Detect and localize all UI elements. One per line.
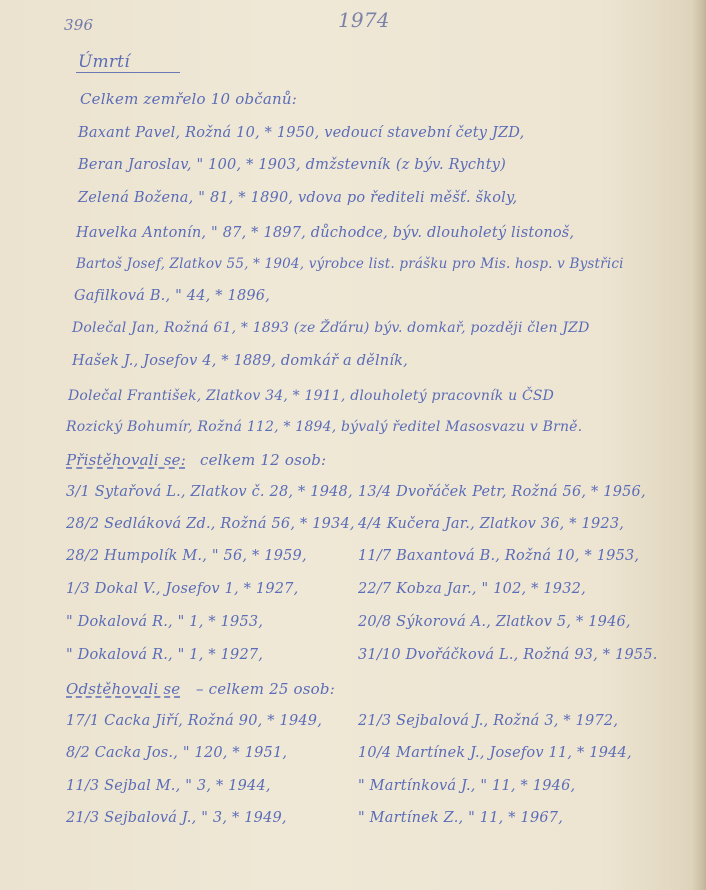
immigrated-entry: " Dokalová R., " 1, * 1927,: [66, 647, 263, 663]
immigrated-entry: 31/10 Dvořáčková L., Rožná 93, * 1955.: [358, 647, 658, 663]
page-number: 396: [64, 16, 93, 34]
immigrated-entry: 3/1 Sytařová L., Zlatkov č. 28, * 1948,: [66, 484, 353, 500]
emigrated-total: – celkem 25 osob:: [196, 680, 335, 698]
year-heading: 1974: [338, 8, 390, 32]
death-entry: Dolečal Jan, Rožná 61, * 1893 (ze Žďáru)…: [72, 320, 590, 336]
deaths-heading: Úmrtí: [78, 52, 130, 72]
emigrated-entry: 21/3 Sejbalová J., " 3, * 1949,: [66, 810, 287, 826]
immigrated-heading: Přistěhovali se:: [66, 451, 186, 469]
immigrated-entry: 13/4 Dvořáček Petr, Rožná 56, * 1956,: [358, 484, 646, 500]
death-entry: Havelka Antonín, " 87, * 1897, důchodce,…: [76, 225, 574, 241]
emigrated-entry: 17/1 Cacka Jiří, Rožná 90, * 1949,: [66, 713, 322, 729]
emigrated-entry: 21/3 Sejbalová J., Rožná 3, * 1972,: [358, 713, 618, 729]
immigrated-entry: 1/3 Dokal V., Josefov 1, * 1927,: [66, 581, 298, 597]
death-entry: Gafilková B., " 44, * 1896,: [74, 288, 270, 304]
death-entry: Baxant Pavel, Rožná 10, * 1950, vedoucí …: [78, 125, 524, 141]
emigrated-heading: Odstěhovali se: [66, 680, 180, 698]
death-entry: Zelená Božena, " 81, * 1890, vdova po ře…: [78, 190, 517, 206]
chronicle-page: 396 1974 Úmrtí Celkem zemřelo 10 občanů:…: [0, 0, 706, 890]
emigrated-entry: 11/3 Sejbal M., " 3, * 1944,: [66, 778, 271, 794]
immigrated-entry: 4/4 Kučera Jar., Zlatkov 36, * 1923,: [358, 516, 624, 532]
emigrated-entry: 8/2 Cacka Jos., " 120, * 1951,: [66, 745, 287, 761]
immigrated-entry: " Dokalová R., " 1, * 1953,: [66, 614, 263, 630]
immigrated-entry: 22/7 Kobza Jar., " 102, * 1932,: [358, 581, 586, 597]
heading-underline: [76, 72, 180, 73]
page-edge-shadow: [692, 0, 706, 890]
immigrated-entry: 28/2 Humpolík M., " 56, * 1959,: [66, 548, 307, 564]
emigrated-entry: 10/4 Martínek J., Josefov 11, * 1944,: [358, 745, 632, 761]
death-entry: Beran Jaroslav, " 100, * 1903, dmžstevní…: [78, 157, 506, 173]
emigrated-entry: " Martínková J., " 11, * 1946,: [358, 778, 575, 794]
immigrated-entry: 20/8 Sýkorová A., Zlatkov 5, * 1946,: [358, 614, 631, 630]
immigrated-total: celkem 12 osob:: [200, 451, 326, 469]
death-entry: Rozický Bohumír, Rožná 112, * 1894, býva…: [66, 419, 582, 435]
immigrated-entry: 11/7 Baxantová B., Rožná 10, * 1953,: [358, 548, 639, 564]
emigrated-entry: " Martínek Z., " 11, * 1967,: [358, 810, 563, 826]
death-entry: Hašek J., Josefov 4, * 1889, domkář a dě…: [72, 353, 408, 369]
deaths-intro: Celkem zemřelo 10 občanů:: [80, 90, 297, 108]
death-entry: Bartoš Josef, Zlatkov 55, * 1904, výrobc…: [76, 256, 624, 272]
death-entry: Dolečal František, Zlatkov 34, * 1911, d…: [68, 388, 554, 404]
immigrated-entry: 28/2 Sedláková Zd., Rožná 56, * 1934,: [66, 516, 355, 532]
